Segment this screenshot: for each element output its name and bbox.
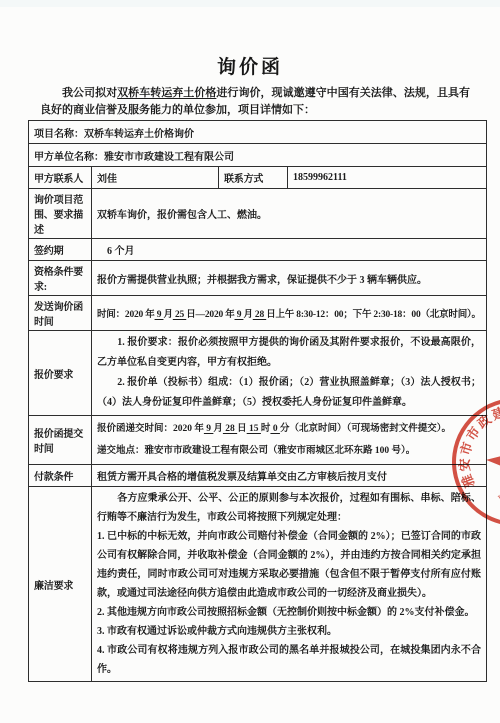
text-segment: 时 — [261, 424, 271, 434]
submit-time-label: 报价函提交时间 — [29, 416, 92, 465]
party-a-name-label: 甲方单位名称： — [34, 152, 104, 163]
quote-requirements-label: 报价要求 — [29, 331, 92, 416]
intro-paragraph: 我公司拟对双桥车转运弃土价格进行询价，现诚邀遵守中国有关法律、法规，且具有良好的… — [40, 85, 470, 119]
contact-phone-value: 18599962111 — [288, 167, 487, 189]
row-party-a-name: 甲方单位名称：雅安市市政建设工程有限公司 — [29, 144, 487, 167]
submit-time-value: 报价函递交时间：2020 年 9 月 28 日 15 时 0 分（北京时间）（可… — [92, 416, 487, 465]
text-segment: 月 — [213, 424, 223, 434]
project-name-value: 双桥车转运弃土价格询价 — [84, 129, 194, 140]
text-segment: 时间：2020 年 — [97, 310, 155, 320]
payment-value: 租赁方需开具合格的增值税发票及结算单交由乙方审核后按月支付 — [92, 465, 487, 487]
row-qualification: 资格条件要求: 报价方需提供营业执照；并根据我方需求，保证提供不少于 3 辆车辆… — [29, 261, 487, 296]
send-time-value: 时间：2020 年 9 月 25 日—2020 年 9 月 28 日上午 8:3… — [92, 296, 487, 331]
row-term: 签约期 6 个月 — [29, 239, 487, 261]
row-integrity: 廉洁要求 各方应秉承公开、公平、公正的原则参与本次报价，过程如有围标、串标、陪标… — [29, 487, 487, 682]
filled-blank-underlined: 28 — [223, 424, 237, 434]
payment-label: 付款条件 — [29, 465, 92, 487]
contact-phone-label: 联系方式 — [219, 167, 288, 189]
filled-blank-underlined: 0 — [270, 424, 280, 434]
text-segment: 日上午 8:30-12：00；下午 2:30-18：00（北京时间）。 — [266, 310, 481, 320]
row-scope: 询价项目范围、要求描述 双轿车询价，报价需包含人工、燃油。 — [29, 189, 487, 239]
text-segment: 分（北京时间）（可现场密封文件提交）。 — [280, 424, 451, 434]
filled-blank-underlined: 15 — [247, 424, 261, 434]
seal-code-digits: 41180 — [495, 488, 500, 510]
row-payment: 付款条件 租赁方需开具合格的增值税发票及结算单交由乙方审核后按月支付 — [29, 465, 487, 487]
integrity-value: 各方应秉承公开、公平、公正的原则参与本次报价，过程如有围标、串标、陪标、行贿等不… — [92, 487, 487, 682]
contact-label: 甲方联系人 — [29, 167, 92, 189]
row-quote-requirements: 报价要求 1. 报价要求：报价必须按照甲方提供的询价函及其附件要求报价，不设最高… — [29, 331, 487, 416]
intro-pre: 我公司拟对 — [62, 87, 117, 99]
party-a-name-value: 雅安市市政建设工程有限公司 — [104, 152, 234, 163]
scope-value: 双轿车询价，报价需包含人工、燃油。 — [92, 189, 487, 239]
send-time-label: 发送询价函时间 — [29, 296, 92, 331]
text-segment: 月 — [163, 310, 172, 320]
row-submit-time: 报价函提交时间 报价函递交时间：2020 年 9 月 28 日 15 时 0 分… — [29, 416, 487, 465]
scope-label: 询价项目范围、要求描述 — [29, 189, 92, 239]
text-segment: 日—2020 年 — [186, 310, 234, 320]
party-a-name-cell: 甲方单位名称：雅安市市政建设工程有限公司 — [29, 144, 487, 167]
project-name-cell: 项目名称：双桥车转运弃土价格询价 — [29, 121, 487, 144]
qualification-label: 资格条件要求: — [29, 261, 92, 296]
filled-blank-underlined: 28 — [253, 310, 266, 320]
row-contact: 甲方联系人 刘佳 联系方式 18599962111 — [29, 167, 487, 189]
text-segment: 月 — [243, 310, 252, 320]
project-name-label: 项目名称： — [34, 129, 84, 140]
submit-time-line1: 报价函递交时间：2020 年 9 月 28 日 15 时 0 分（北京时间）（可… — [97, 418, 481, 440]
qualification-value: 报价方需提供营业执照；并根据我方需求，保证提供不少于 3 辆车辆供应。 — [92, 261, 487, 296]
text-segment: 报价函递交时间：2020 年 — [97, 424, 204, 434]
row-project-name: 项目名称：双桥车转运弃土价格询价 — [29, 121, 487, 144]
row-send-time: 发送询价函时间 时间：2020 年 9 月 25 日—2020 年 9 月 28… — [29, 296, 487, 331]
inquiry-document-page: 询价函 我公司拟对双桥车转运弃土价格进行询价，现诚邀遵守中国有关法律、法规，且具… — [0, 0, 500, 723]
contact-name-value: 刘佳 — [92, 167, 219, 189]
integrity-label: 廉洁要求 — [29, 487, 92, 682]
filled-blank-underlined: 9 — [204, 424, 214, 434]
term-value: 6 个月 — [92, 239, 487, 261]
page-title: 询价函 — [0, 52, 500, 79]
inquiry-table: 项目名称：双桥车转运弃土价格询价 甲方单位名称：雅安市市政建设工程有限公司 甲方… — [28, 120, 487, 682]
filled-blank-underlined: 25 — [173, 310, 186, 320]
submit-time-line2: 递交地点：雅安市市政建设工程有限公司（雅安市雨城区北环东路 100 号）。 — [97, 440, 481, 462]
quote-requirements-value: 1. 报价要求：报价必须按照甲方提供的询价函及其附件要求报价，不设最高限价，乙方… — [92, 331, 487, 416]
term-label: 签约期 — [29, 239, 92, 261]
text-segment: 日 — [237, 424, 247, 434]
intro-underlined-subject: 双桥车转运弃土价格 — [117, 87, 216, 99]
